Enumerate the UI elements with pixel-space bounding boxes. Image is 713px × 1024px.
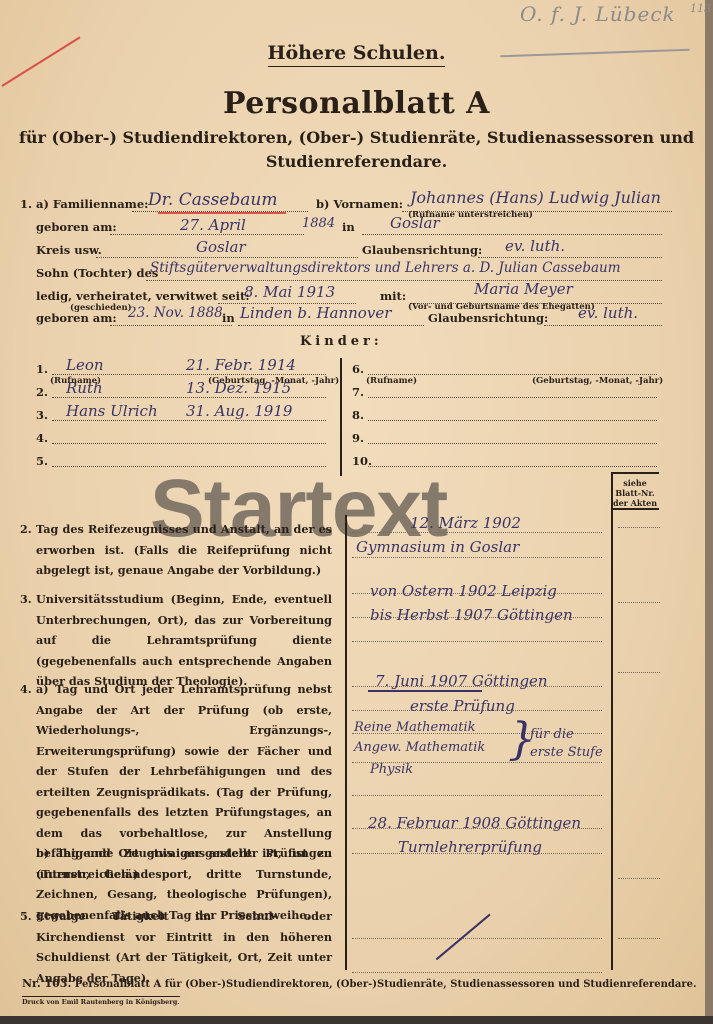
spouse-value: Maria Meyer xyxy=(474,280,573,298)
section4-level-2: erste Stufe xyxy=(530,745,603,760)
section4-number: 4. xyxy=(20,679,32,700)
children-divider xyxy=(340,358,342,476)
parent-value: Stiftsgüterverwaltungsdirektors und Lehr… xyxy=(150,260,621,276)
answer-line xyxy=(352,795,602,796)
parent-line xyxy=(146,280,662,281)
born-place-line xyxy=(362,234,662,235)
spouse-religion-value: ev. luth. xyxy=(578,304,638,322)
child-line xyxy=(52,397,326,398)
district-label: Kreis usw. xyxy=(36,243,102,257)
born-year-value: 1884 xyxy=(302,216,335,231)
child-line xyxy=(52,374,326,375)
section3-number: 3. xyxy=(20,589,32,610)
child-line xyxy=(52,420,326,421)
section5-number: 5. xyxy=(20,906,32,927)
category-heading: Höhere Schulen. xyxy=(0,42,713,64)
born-place-value: Goslar xyxy=(390,214,440,232)
child-birthdate: 31. Aug. 1919 xyxy=(186,402,292,420)
answer-line xyxy=(352,557,602,558)
family-name-value: Dr. Cassebaum xyxy=(148,190,277,210)
child-number: 7. xyxy=(352,385,364,399)
answer-line xyxy=(352,972,602,973)
section3-answer-start: von Ostern 1902 Leipzig xyxy=(370,582,557,600)
born-date-value: 27. April xyxy=(180,216,246,234)
answer-line xyxy=(352,938,602,939)
first-names-label: b) Vornamen: xyxy=(316,197,403,211)
parent-label: Sohn (Tochter) des xyxy=(36,266,158,280)
child-line xyxy=(368,397,657,398)
file-ref-line xyxy=(618,527,660,528)
child-number: 3. xyxy=(36,408,48,422)
first-names-value: Johannes (Hans) Ludwig Julian xyxy=(410,188,661,207)
religion-value: ev. luth. xyxy=(505,237,565,255)
child-number: 5. xyxy=(36,454,48,468)
spouse-religion-line xyxy=(544,325,662,326)
answer-line xyxy=(352,532,602,533)
born-date-line xyxy=(110,234,304,235)
born-label: geboren am: xyxy=(36,220,117,234)
file-ref-line xyxy=(618,672,660,673)
child-number: 8. xyxy=(352,408,364,422)
section2-text: Tag des Reifezeugnisses und Anstalt, an … xyxy=(36,519,332,581)
page-subtitle: für (Ober-) Studiendirektoren, (Ober-) S… xyxy=(0,126,713,174)
ref-box-bottom xyxy=(611,508,659,510)
religion-label: Glaubensrichtung: xyxy=(362,243,482,257)
marital-label: ledig, verheiratet, verwitwet seit: xyxy=(36,289,250,303)
page-title: Personalblatt A xyxy=(0,86,713,121)
district-line xyxy=(96,257,358,258)
born-in-label: in xyxy=(342,220,355,234)
child-birthdate: 13. Dez. 1915 xyxy=(186,379,291,397)
section3-text: Universitätsstudium (Beginn, Ende, event… xyxy=(36,589,332,692)
column-divider-left xyxy=(345,515,347,970)
file-ref-line xyxy=(618,602,660,603)
printer-imprint: Druck von Emil Rautenberg in Königsberg. xyxy=(22,996,180,1006)
section1-number: 1. xyxy=(20,197,32,211)
section3-answer-end: bis Herbst 1907 Göttingen xyxy=(370,606,573,624)
spouse-born-in-label: in xyxy=(222,311,235,325)
child-number: 9. xyxy=(352,431,364,445)
religion-line xyxy=(478,257,662,258)
column-divider-right xyxy=(611,472,613,970)
file-ref-header: siehe Blatt-Nr. der Akten xyxy=(611,478,659,508)
section4-answer-underline xyxy=(368,690,482,692)
section2-answer-date: 12. März 1902 xyxy=(410,514,521,532)
section4-answer-type: erste Prüfung xyxy=(410,697,515,715)
section2-answer-school: Gymnasium in Goslar xyxy=(356,538,519,556)
child-number: 4. xyxy=(36,431,48,445)
answer-line xyxy=(352,641,602,642)
archive-pencil-note: O. f. J. Lübeck xyxy=(520,2,676,26)
spouse-born-line xyxy=(110,325,232,326)
section5-text: Etwaige Tätigkeit im Schul- oder Kirchen… xyxy=(36,906,332,988)
child-number: 1. xyxy=(36,362,48,376)
scan-edge-bottom xyxy=(0,1016,713,1024)
file-ref-line xyxy=(618,878,660,879)
child-birthdate: 21. Febr. 1914 xyxy=(186,356,296,374)
child-date-note: (Geburtstag, -Monat, -Jahr) xyxy=(532,376,663,386)
section4-subject-3: Physik xyxy=(370,762,413,777)
child-number: 6. xyxy=(352,362,364,376)
spouse-religion-label: Glaubensrichtung: xyxy=(428,311,548,325)
ref-box-top xyxy=(611,472,659,474)
section4-subject-2: Angew. Mathematik xyxy=(354,740,485,755)
child-number: 2. xyxy=(36,385,48,399)
child-name-note: (Rufname) xyxy=(366,376,417,386)
section4-answer-b-type: Turnlehrerprüfung xyxy=(398,838,542,856)
section4-answer-date: 7. Juni 1907 Göttingen xyxy=(375,672,548,690)
marital-value: 8. Mai 1913 xyxy=(244,283,335,301)
child-name: Ruth xyxy=(66,379,103,397)
district-value: Goslar xyxy=(196,238,246,256)
spouse-label: mit: xyxy=(380,289,406,303)
spouse-born-value: 23. Nov. 1888 xyxy=(128,305,223,321)
section4-answer-b-date: 28. Februar 1908 Göttingen xyxy=(368,814,581,832)
child-line xyxy=(368,374,657,375)
child-name: Leon xyxy=(66,356,104,374)
family-name-label: a) Familienname: xyxy=(36,197,148,211)
child-line xyxy=(52,443,326,444)
archive-number: 113 xyxy=(690,2,711,15)
form-footer: Nr. 103. Personalblatt A für (Ober-)Stud… xyxy=(22,977,697,990)
section4-level-1: für die xyxy=(530,727,574,742)
spouse-born-place-value: Linden b. Hannover xyxy=(240,304,391,322)
file-ref-line xyxy=(618,938,660,939)
spouse-born-place-line xyxy=(238,325,424,326)
child-line xyxy=(368,420,657,421)
section4-subject-1: Reine Mathematik xyxy=(354,720,476,735)
child-name: Hans Ulrich xyxy=(66,402,158,420)
section2-number: 2. xyxy=(20,519,32,540)
spouse-born-label: geboren am: xyxy=(36,311,117,325)
children-heading: Kinder: xyxy=(300,334,383,349)
child-line xyxy=(368,443,657,444)
red-underline xyxy=(158,212,286,214)
